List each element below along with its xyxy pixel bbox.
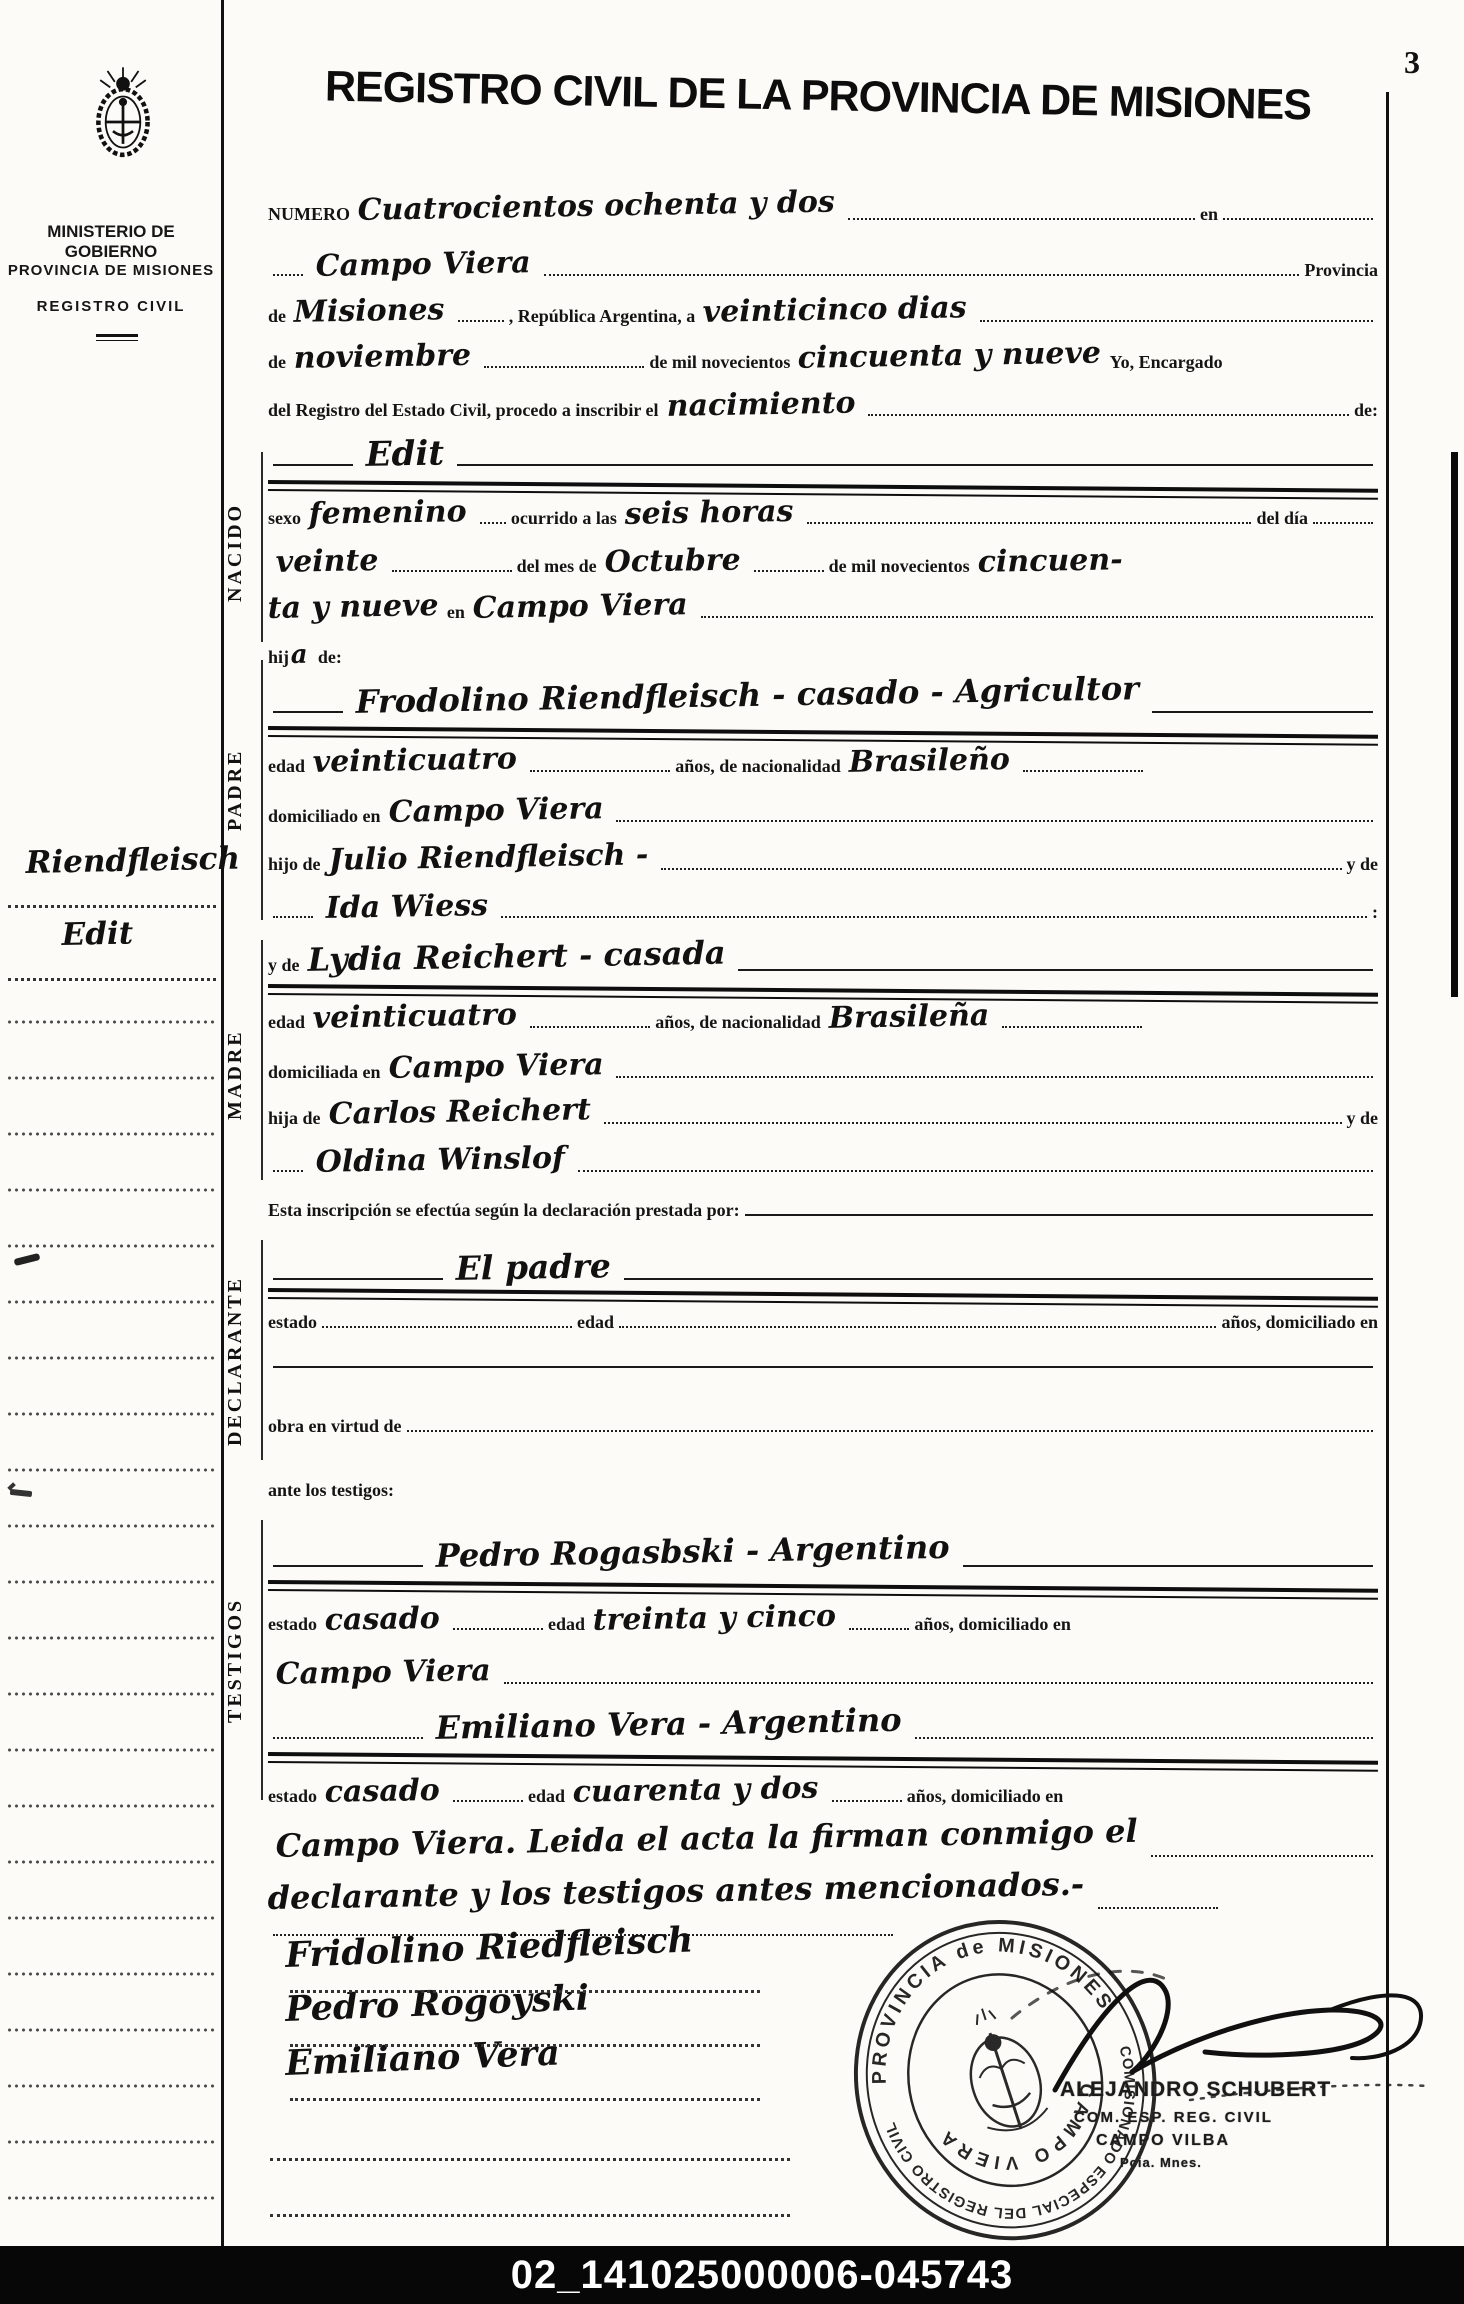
- section-label-testigos: TESTIGOS: [224, 1560, 258, 1760]
- section-label-madre: MADRE: [224, 990, 258, 1160]
- mother-nationality-value: Brasileña: [820, 1001, 997, 1034]
- row-province: de Misiones , República Argentina, a vei…: [268, 298, 1378, 328]
- witness1-domicile-value: Campo Viera: [267, 1656, 498, 1690]
- obra-label: obra en virtud de: [268, 1416, 402, 1437]
- row-closing-2: declarante y los testigos antes menciona…: [268, 1882, 1378, 1914]
- nacionalidad-label: años, de nacionalidad: [655, 1012, 821, 1033]
- row-witness2-details: estado casado edad cuarenta y dos años, …: [268, 1778, 1378, 1808]
- registrar-label: del Registro del Estado Civil, procedo a…: [268, 400, 659, 421]
- estado-label: estado: [268, 1312, 317, 1333]
- estado-label: estado: [268, 1786, 317, 1807]
- de-colon-label: de:: [1354, 400, 1378, 421]
- row-obra: obra en virtud de: [268, 1416, 1378, 1437]
- microfilm-code: 02_141025000006-045743: [511, 2253, 1014, 2298]
- birth-year-part1: cincuen-: [969, 545, 1130, 578]
- domicilio-label: domiciliada en: [268, 1062, 381, 1083]
- witness2-name-value: Emiliano Vera - Argentino: [427, 1704, 909, 1744]
- signature-dotted-line: [290, 2044, 760, 2047]
- signature-witness1: Pedro Rogoyski: [285, 1980, 590, 2027]
- section-brace: [261, 1240, 263, 1460]
- section-label-declarante: DECLARANTE: [224, 1246, 258, 1476]
- father-nationality-value: Brasileño: [840, 745, 1018, 778]
- republica-label: , República Argentina, a: [509, 306, 696, 327]
- letterhead-rule: [96, 334, 138, 341]
- row-hija-de: hij a de:: [268, 642, 1378, 668]
- row-witness1-name: Pedro Rogasbski - Argentino: [268, 1540, 1378, 1572]
- numero-label: NUMERO: [268, 204, 350, 225]
- maternal-grandfather-value: Carlos Reichert: [320, 1095, 599, 1130]
- anos-domiciliado-label: años, domiciliado en: [914, 1614, 1071, 1635]
- hour-value: seis horas: [616, 497, 801, 530]
- ocurrido-label: ocurrido a las: [511, 508, 617, 529]
- row-father-age: edad veinticuatro años, de nacionalidad …: [268, 748, 1378, 778]
- mil-novecientos-label: de mil novecientos: [649, 352, 790, 373]
- margin-ruled-lines: [6, 1000, 216, 2235]
- heavy-rule: [268, 1752, 1378, 1772]
- mother-name-line: Lydia Reichert - casada: [299, 936, 733, 976]
- en-label: en: [447, 602, 465, 623]
- birth-month-value: Octubre: [596, 545, 748, 578]
- closing-line1-value: Campo Viera. Leida el acta la firman con…: [267, 1815, 1145, 1862]
- y-de-label: y de: [268, 955, 300, 976]
- de-label: de: [268, 352, 286, 373]
- birth-year-part2: ta y nueve: [267, 591, 446, 624]
- row-declarant-domicile: [268, 1366, 1378, 1368]
- mes-label: del mes de: [517, 556, 597, 577]
- days-value: veinticinco dias: [695, 293, 975, 328]
- nacionalidad-label: años, de nacionalidad: [675, 756, 841, 777]
- letterhead-ministry: MINISTERIO DE GOBIERNO: [0, 222, 222, 262]
- row-father-name: Frodolino Riendfleisch - casado - Agricu…: [268, 686, 1378, 718]
- edad-label: edad: [577, 1312, 614, 1333]
- right-margin-rule: [1386, 92, 1389, 2246]
- signature-witness2: Emiliano Vera: [285, 2035, 561, 2081]
- section-brace: [261, 452, 263, 642]
- closing-line2-value: declarante y los testigos antes menciona…: [267, 1868, 1092, 1914]
- day-value: veinte: [267, 546, 386, 578]
- hijo-suffix-label: de:: [318, 647, 342, 668]
- section-label-padre: PADRE: [224, 700, 258, 880]
- row-paternal-grandmother: Ida Wiess :: [268, 894, 1378, 924]
- anos-domiciliado-label: años, domiciliado en: [907, 1786, 1064, 1807]
- hijo-overwrite-value: a: [289, 642, 310, 668]
- hija-de-label: hija de: [268, 1108, 321, 1129]
- place-value: Campo Viera: [307, 248, 538, 282]
- row-paternal-grandfather: hijo de Julio Riendfleisch - y de: [268, 846, 1378, 876]
- section-brace: [261, 940, 263, 1180]
- province-value: Misiones: [285, 295, 452, 328]
- signature-dotted-line: [290, 1990, 760, 1993]
- provincia-label: Provincia: [1304, 260, 1378, 281]
- letterhead-office: REGISTRO CIVIL: [0, 298, 222, 315]
- section-label-nacido: NACIDO: [224, 472, 258, 632]
- signature-dotted-line: [290, 2098, 760, 2101]
- row-mother-name: y de Lydia Reichert - casada: [268, 944, 1378, 976]
- domicilio-label: domiciliado en: [268, 806, 381, 827]
- civil-registry-document: 3 MINISTERIO DE GOBIERNO PROVINCIA DE MI…: [0, 0, 1464, 2304]
- official-name: ALEJANDRO SCHUBERT: [1060, 2078, 1396, 2102]
- ruled-dotted-line: [270, 2158, 790, 2161]
- row-maternal-grandfather: hija de Carlos Reichert y de: [268, 1100, 1378, 1130]
- row-witness1-details: estado casado edad treinta y cinco años,…: [268, 1606, 1378, 1636]
- paternal-grandfather-value: Julio Riendfleisch -: [320, 840, 656, 876]
- act-value: nacimiento: [658, 388, 863, 422]
- year-value: cincuenta y nueve: [790, 338, 1110, 374]
- numero-value: Cuatrocientos ochenta y dos: [349, 187, 842, 226]
- row-mother-domicile: domiciliada en Campo Viera: [268, 1054, 1378, 1084]
- birth-place-value: Campo Viera: [464, 590, 695, 624]
- row-birthday: veinte del mes de Octubre de mil novecie…: [268, 548, 1378, 578]
- heavy-rule: [268, 1580, 1378, 1600]
- father-domicile-value: Campo Viera: [380, 794, 611, 828]
- row-ante-testigos: ante los testigos:: [268, 1480, 1378, 1501]
- document-title: REGISTRO CIVIL DE LA PROVINCIA DE MISION…: [258, 61, 1379, 131]
- declaration-intro-label: Esta inscripción se efectúa según la dec…: [268, 1200, 740, 1221]
- official-title: COM. ESP. REG. CIVIL: [1074, 2109, 1396, 2126]
- row-sexo: sexo femenino ocurrido a las seis horas …: [268, 500, 1378, 530]
- de-label: de: [268, 306, 286, 327]
- father-name-line: Frodolino Riendfleisch - casado - Agricu…: [347, 672, 1147, 718]
- yo-encargado-label: Yo, Encargado: [1110, 352, 1223, 373]
- row-mother-age: edad veinticuatro años, de nacionalidad …: [268, 1004, 1378, 1034]
- letterhead-province: PROVINCIA DE MISIONES: [0, 262, 222, 279]
- estado-label: estado: [268, 1614, 317, 1635]
- argentina-coat-of-arms-icon: [82, 58, 164, 181]
- row-place: Campo Viera Provincia: [268, 252, 1378, 282]
- margin-given-name: Edit: [61, 919, 133, 951]
- y-de-label: y de: [1347, 854, 1379, 875]
- official-locality: CAMPO VILBA: [1096, 2132, 1396, 2150]
- anos-domiciliado-label: años, domiciliado en: [1221, 1312, 1378, 1333]
- mother-age-value: veinticuatro: [304, 1000, 525, 1034]
- paternal-grandmother-value: Ida Wiess: [317, 891, 496, 924]
- row-birthplace: ta y nueve en Campo Viera: [268, 594, 1378, 624]
- edad-label: edad: [548, 1614, 585, 1635]
- edad-label: edad: [268, 1012, 305, 1033]
- hijo-prefix-label: hij: [268, 647, 289, 668]
- edad-label: edad: [528, 1786, 565, 1807]
- sexo-value: femenino: [300, 497, 474, 530]
- row-date: de noviembre de mil novecientos cincuent…: [268, 344, 1378, 374]
- section-brace: [261, 660, 263, 920]
- edad-label: edad: [268, 756, 305, 777]
- child-name-value: Edit: [357, 436, 452, 472]
- mil-novecientos-label: de mil novecientos: [829, 556, 970, 577]
- row-numero: NUMERO Cuatrocientos ochenta y dos en: [268, 196, 1378, 226]
- official-stamp-block: ALEJANDRO SCHUBERT COM. ESP. REG. CIVIL …: [1036, 2078, 1396, 2170]
- heavy-rule: [268, 1288, 1378, 1308]
- witness1-edad-value: treinta y cinco: [585, 1601, 845, 1636]
- row-registrar: del Registro del Estado Civil, procedo a…: [268, 392, 1378, 422]
- witness1-name-value: Pedro Rogasbski - Argentino: [427, 1531, 957, 1572]
- row-witness2-name: Emiliano Vera - Argentino: [268, 1712, 1378, 1744]
- row-witness1-domicile: Campo Viera: [268, 1660, 1378, 1690]
- maternal-grandmother-value: Oldina Winslof: [307, 1143, 573, 1178]
- witness2-estado-value: casado: [316, 1776, 448, 1808]
- y-de-label: y de: [1347, 1108, 1379, 1129]
- colon-label: :: [1372, 902, 1378, 923]
- row-closing-1: Campo Viera. Leida el acta la firman con…: [268, 1830, 1378, 1862]
- official-province-abbrev: Pcia. Mnes.: [1120, 2155, 1396, 2170]
- row-declared-by: El padre: [268, 1252, 1378, 1285]
- row-maternal-grandmother: Oldina Winslof: [268, 1148, 1378, 1178]
- section-brace: [261, 1520, 263, 1800]
- declared-by-value: El padre: [447, 1249, 619, 1285]
- row-child-name: Edit: [268, 438, 1378, 472]
- hijo-de-label: hijo de: [268, 854, 321, 875]
- page-number: 3: [1404, 44, 1420, 81]
- margin-surname: Riendfleisch: [25, 844, 240, 879]
- row-declarant-estado: estado edad años, domiciliado en: [268, 1312, 1378, 1333]
- month-value: noviembre: [285, 341, 479, 374]
- ante-testigos-label: ante los testigos:: [268, 1480, 394, 1501]
- en-label: en: [1200, 204, 1218, 225]
- witness2-edad-value: cuarenta y dos: [565, 1773, 827, 1808]
- mother-domicile-value: Campo Viera: [380, 1050, 611, 1084]
- signature-declarant: Fridolino Riedfleisch: [285, 1922, 694, 1973]
- scan-edge-artifact: [1451, 452, 1458, 997]
- microfilm-bar: 02_141025000006-045743: [0, 2246, 1464, 2304]
- margin-dotted-line: [8, 905, 216, 908]
- sexo-label: sexo: [268, 508, 301, 529]
- margin-dotted-line: [8, 978, 216, 981]
- del-dia-label: del día: [1256, 508, 1308, 529]
- row-father-domicile: domiciliado en Campo Viera: [268, 798, 1378, 828]
- witness1-estado-value: casado: [316, 1604, 448, 1636]
- row-declaration-intro: Esta inscripción se efectúa según la dec…: [268, 1200, 1378, 1221]
- ruled-dotted-line: [270, 2214, 790, 2217]
- father-age-value: veinticuatro: [304, 744, 525, 778]
